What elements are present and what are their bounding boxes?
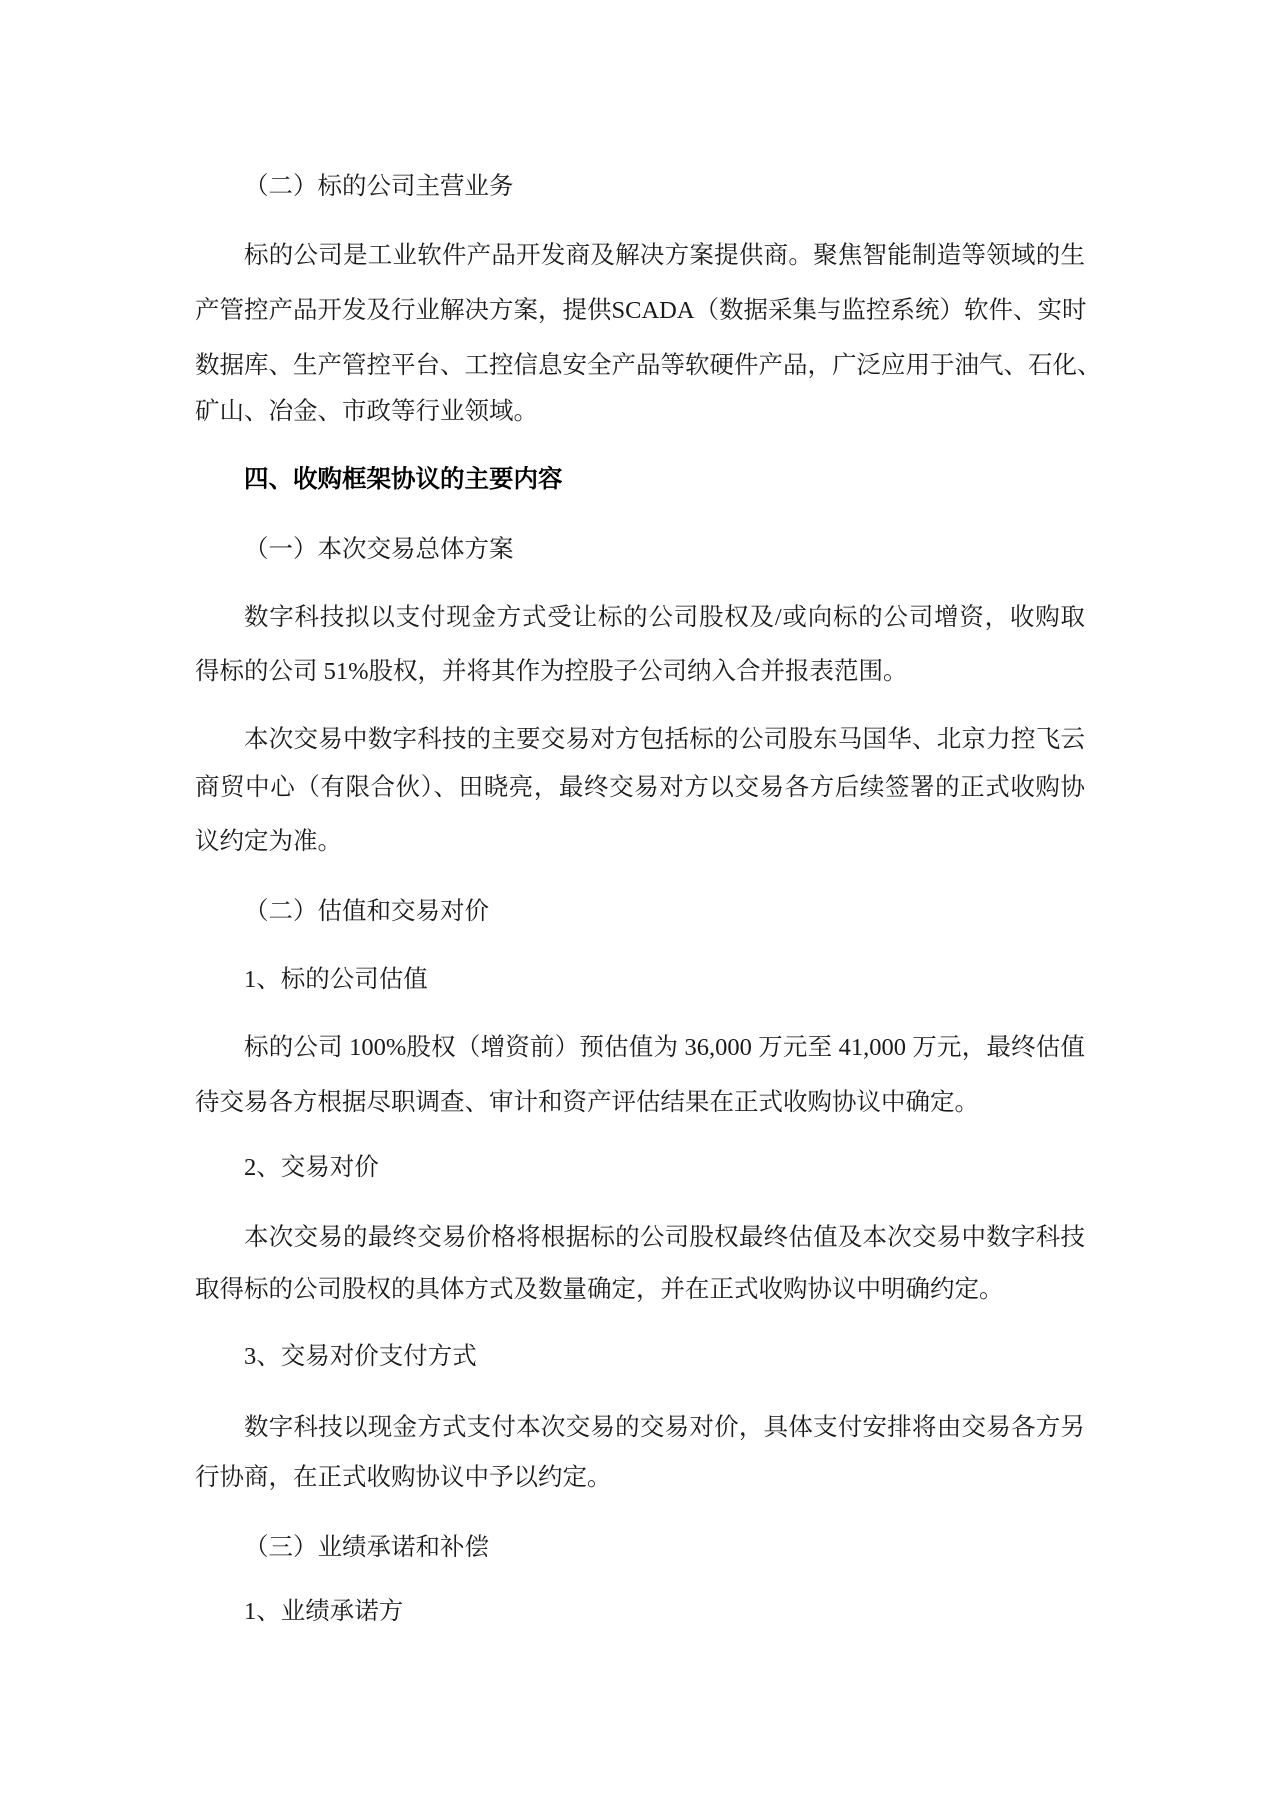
paragraph-line: 数据库、生产管控平台、工控信息安全产品等软硬件产品，广泛应用于油气、石化、 [195, 349, 1097, 383]
paragraph-line: 矿山、冶金、市政等行业领域。 [195, 395, 1085, 429]
subheading-valuation-consideration: （二）估值和交易对价 [244, 895, 1085, 929]
item-heading-target-valuation: 1、标的公司估值 [244, 963, 1085, 997]
paragraph-line: 本次交易中数字科技的主要交易对方包括标的公司股东马国华、北京力控飞云 [244, 723, 1085, 757]
paragraph-line: 标的公司是工业软件产品开发商及解决方案提供商。聚焦智能制造等领域的生 [244, 239, 1085, 273]
paragraph-line: 标的公司 100%股权（增资前）预估值为 36,000 万元至 41,000 万… [244, 1031, 1085, 1065]
paragraph-line: 取得标的公司股权的具体方式及数量确定，并在正式收购协议中明确约定。 [195, 1273, 1085, 1307]
document-page: （二）标的公司主营业务 标的公司是工业软件产品开发商及解决方案提供商。聚焦智能制… [0, 0, 1280, 1809]
section-heading-acquisition-framework: 四、收购框架协议的主要内容 [244, 463, 1085, 497]
paragraph-line: 数字科技以现金方式支付本次交易的交易对价，具体支付安排将由交易各方另 [244, 1411, 1085, 1445]
paragraph-line: 本次交易的最终交易价格将根据标的公司股权最终估值及本次交易中数字科技 [244, 1221, 1085, 1255]
paragraph-line: 商贸中心（有限合伙）、田晓亮，最终交易对方以交易各方后续签署的正式收购协 [195, 771, 1085, 805]
item-heading-transaction-consideration: 2、交易对价 [244, 1151, 1085, 1185]
paragraph-line: 得标的公司 51%股权，并将其作为控股子公司纳入合并报表范围。 [195, 655, 1085, 689]
subheading-performance-commitment: （三）业绩承诺和补偿 [244, 1531, 1085, 1565]
paragraph-line: 议约定为准。 [195, 825, 1085, 859]
subheading-main-business: （二）标的公司主营业务 [244, 170, 1085, 204]
paragraph-line: 行协商，在正式收购协议中予以约定。 [195, 1461, 1085, 1495]
subheading-overall-plan: （一）本次交易总体方案 [244, 533, 1085, 567]
paragraph-line: 待交易各方根据尽职调查、审计和资产评估结果在正式收购协议中确定。 [195, 1086, 1085, 1120]
paragraph-line: 数字科技拟以支付现金方式受让标的公司股权及/或向标的公司增资，收购取 [244, 601, 1085, 635]
item-heading-committing-party: 1、业绩承诺方 [244, 1595, 1085, 1629]
item-heading-payment-method: 3、交易对价支付方式 [244, 1340, 1085, 1374]
paragraph-line: 产管控产品开发及行业解决方案，提供SCADA（数据采集与监控系统）软件、实时 [195, 294, 1085, 328]
